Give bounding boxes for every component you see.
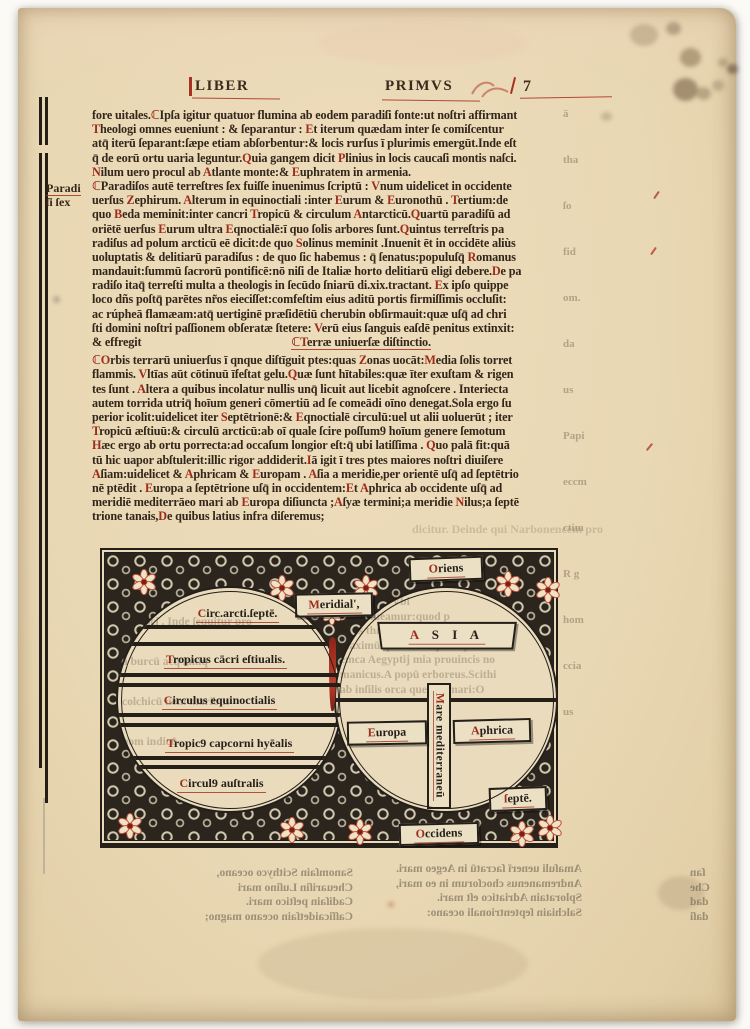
bleedthrough-fragment: us bbox=[563, 384, 573, 396]
oriens-label: Oriens bbox=[426, 560, 465, 578]
stain bbox=[673, 78, 698, 101]
bleedthrough-text: Andremanenus chocſorum in eo mari, bbox=[360, 877, 582, 892]
stain bbox=[666, 22, 681, 35]
bleedthrough-column-right: Amaſuli uenerī ſacratū in Aegeo mari.And… bbox=[360, 862, 582, 920]
bleedthrough-margin-column: āthaſofidom.dausPapieccmctimR ghomcciaus bbox=[563, 108, 597, 748]
zone-line bbox=[118, 756, 341, 760]
bleedthrough-fragment: om. bbox=[563, 292, 580, 304]
zone-line bbox=[118, 713, 341, 717]
stain bbox=[630, 24, 658, 46]
rubric-stroke bbox=[189, 77, 192, 96]
flower-icon bbox=[117, 813, 143, 839]
zone-line bbox=[118, 765, 341, 769]
bleedthrough-text: emca Aegyptij mia prouincis no bbox=[340, 654, 495, 666]
septe-label: ſeptē. bbox=[502, 790, 534, 808]
bleedthrough-edge-fragments: ſanChedaddaſi bbox=[690, 866, 748, 924]
bleedthrough-text: manicus.A popū erboreus.Scithi bbox=[340, 669, 496, 681]
flower-icon bbox=[509, 821, 535, 847]
bleedthrough-fragment: us bbox=[563, 706, 573, 718]
woodcut-panel: m effici . Inde ſequitur proā burcū acq̄… bbox=[104, 552, 554, 841]
bleedthrough-text: Cheuariſin Luſino mari bbox=[148, 881, 353, 896]
rubric-mark bbox=[650, 247, 657, 256]
margin-rule-faint bbox=[43, 798, 45, 874]
flower-icon bbox=[279, 817, 305, 843]
zone-line bbox=[118, 673, 341, 677]
bleedthrough-text: Sanomſain Scithyco oceano, bbox=[148, 866, 353, 881]
margin-note-line: ſi ſex bbox=[46, 196, 81, 210]
rubric-squiggle-icon bbox=[468, 76, 514, 102]
right-to-map-circle: mopolim . Vbinus intueamur:quod pturis t… bbox=[334, 586, 558, 813]
flower-icon bbox=[495, 571, 521, 597]
rubric-underline bbox=[382, 99, 480, 101]
occidens-banner: Occidens bbox=[399, 822, 480, 846]
rubric-mark bbox=[653, 191, 660, 200]
header-liber: LIBER bbox=[195, 78, 249, 95]
bleedthrough-text: ſan bbox=[690, 866, 748, 881]
margin-note: Paradi ſi ſex bbox=[46, 182, 81, 209]
zone-label: Circul9 auſtralis bbox=[118, 774, 341, 793]
bleedthrough-text: Sploratain Adriatico eſt mari. bbox=[360, 891, 582, 906]
stain bbox=[258, 928, 528, 1000]
scan-background: { "colors":{"rubric":"#9c2c1b","ink":"#3… bbox=[0, 0, 750, 1029]
bleedthrough-fragment: da bbox=[563, 338, 575, 350]
mare-mediterraneum-bar: Mare mediterraneū bbox=[427, 683, 451, 809]
bleedthrough-fragment: fid bbox=[563, 246, 576, 258]
europa-label: Europa bbox=[366, 724, 409, 742]
bleedthrough-text: Salchiain ſeptentrionali oceano: bbox=[360, 906, 582, 921]
stain bbox=[318, 22, 528, 64]
bleedthrough-text: Caſſicaidetſain oceano magno; bbox=[148, 910, 353, 925]
header-primvs: PRIMVS bbox=[385, 78, 453, 95]
oriens-banner: Oriens bbox=[409, 556, 484, 583]
bleedthrough-text: ab inſilis orca que ſolī mari:O bbox=[340, 684, 485, 696]
bleedthrough-fragment: R g bbox=[563, 568, 579, 580]
bleedthrough-text: Cadiſain peſtico mari. bbox=[148, 895, 353, 910]
occidens-label: Occidens bbox=[413, 825, 464, 843]
flower-icon bbox=[269, 575, 295, 601]
zone-label: Tropicus cācri eſtiualis. bbox=[118, 650, 341, 669]
flower-icon bbox=[347, 819, 373, 845]
stain bbox=[718, 58, 728, 67]
meridial-banner: Meridial', bbox=[295, 592, 373, 617]
bleedthrough-fragment: ā bbox=[563, 108, 569, 120]
bleedthrough-fragment: ccia bbox=[563, 660, 581, 672]
bleedthrough-column-left: Sanomſain Scithyco oceano,Cheuariſin Luſ… bbox=[148, 866, 353, 924]
bleedthrough-fragment: Papi bbox=[563, 430, 584, 442]
flower-icon bbox=[535, 577, 561, 603]
bleedthrough-text: dad bbox=[690, 895, 748, 910]
bleedthrough-fragment: hom bbox=[563, 614, 584, 626]
page-leaf: LIBER PRIMVS 7 Paradi ſi ſex fore uitale… bbox=[18, 8, 736, 1021]
asia-banner: A S I A bbox=[377, 622, 517, 650]
stain bbox=[727, 64, 738, 74]
margin-note-line: Paradi bbox=[46, 181, 81, 196]
zone-line bbox=[118, 642, 341, 646]
bleedthrough-fragment: tha bbox=[563, 154, 578, 166]
stain bbox=[680, 48, 701, 67]
zone-line bbox=[118, 625, 341, 629]
aphrica-label: Aphrica bbox=[469, 722, 515, 740]
zone-label: Tropic9 capcorni hyēalis bbox=[118, 734, 341, 753]
stain bbox=[712, 80, 724, 91]
aphrica-banner: Aphrica bbox=[453, 718, 532, 744]
flower-icon bbox=[537, 815, 563, 841]
bleedthrough-text: daſi bbox=[690, 910, 748, 925]
flower-icon bbox=[131, 569, 157, 595]
folio-number: 7 bbox=[523, 78, 531, 96]
margin-rule bbox=[39, 153, 42, 768]
margin-rule bbox=[45, 153, 48, 803]
margin-rule bbox=[39, 97, 42, 145]
mare-label: Mare mediterraneū bbox=[433, 691, 446, 800]
rubric-underline bbox=[192, 98, 280, 100]
stain bbox=[53, 296, 60, 303]
bleedthrough-text: Che bbox=[690, 881, 748, 896]
margin-rule bbox=[45, 97, 48, 145]
meridial-label: Meridial', bbox=[306, 596, 361, 614]
bleedthrough-fragment: ctim bbox=[563, 522, 584, 534]
asia-label: A S I A bbox=[407, 627, 487, 645]
bleedthrough-fragment: eccm bbox=[563, 476, 587, 488]
zone-line bbox=[118, 683, 341, 687]
zone-line bbox=[118, 723, 341, 727]
left-zonal-circle: m effici . Inde ſequitur proā burcū acq̄… bbox=[116, 586, 343, 813]
zone-label: Circulus equinoctialis bbox=[118, 691, 341, 710]
europa-banner: Europa bbox=[347, 720, 427, 745]
stain bbox=[696, 87, 711, 100]
septe-banner: ſeptē. bbox=[489, 786, 548, 812]
bleedthrough-text: Amaſuli uenerī ſacratū in Aegeo mari. bbox=[360, 862, 582, 877]
rubric-underline bbox=[520, 96, 612, 99]
woodcut-diagram: m effici . Inde ſequitur proā burcū acq̄… bbox=[100, 548, 558, 848]
bleedthrough-fragment: ſo bbox=[563, 200, 572, 212]
